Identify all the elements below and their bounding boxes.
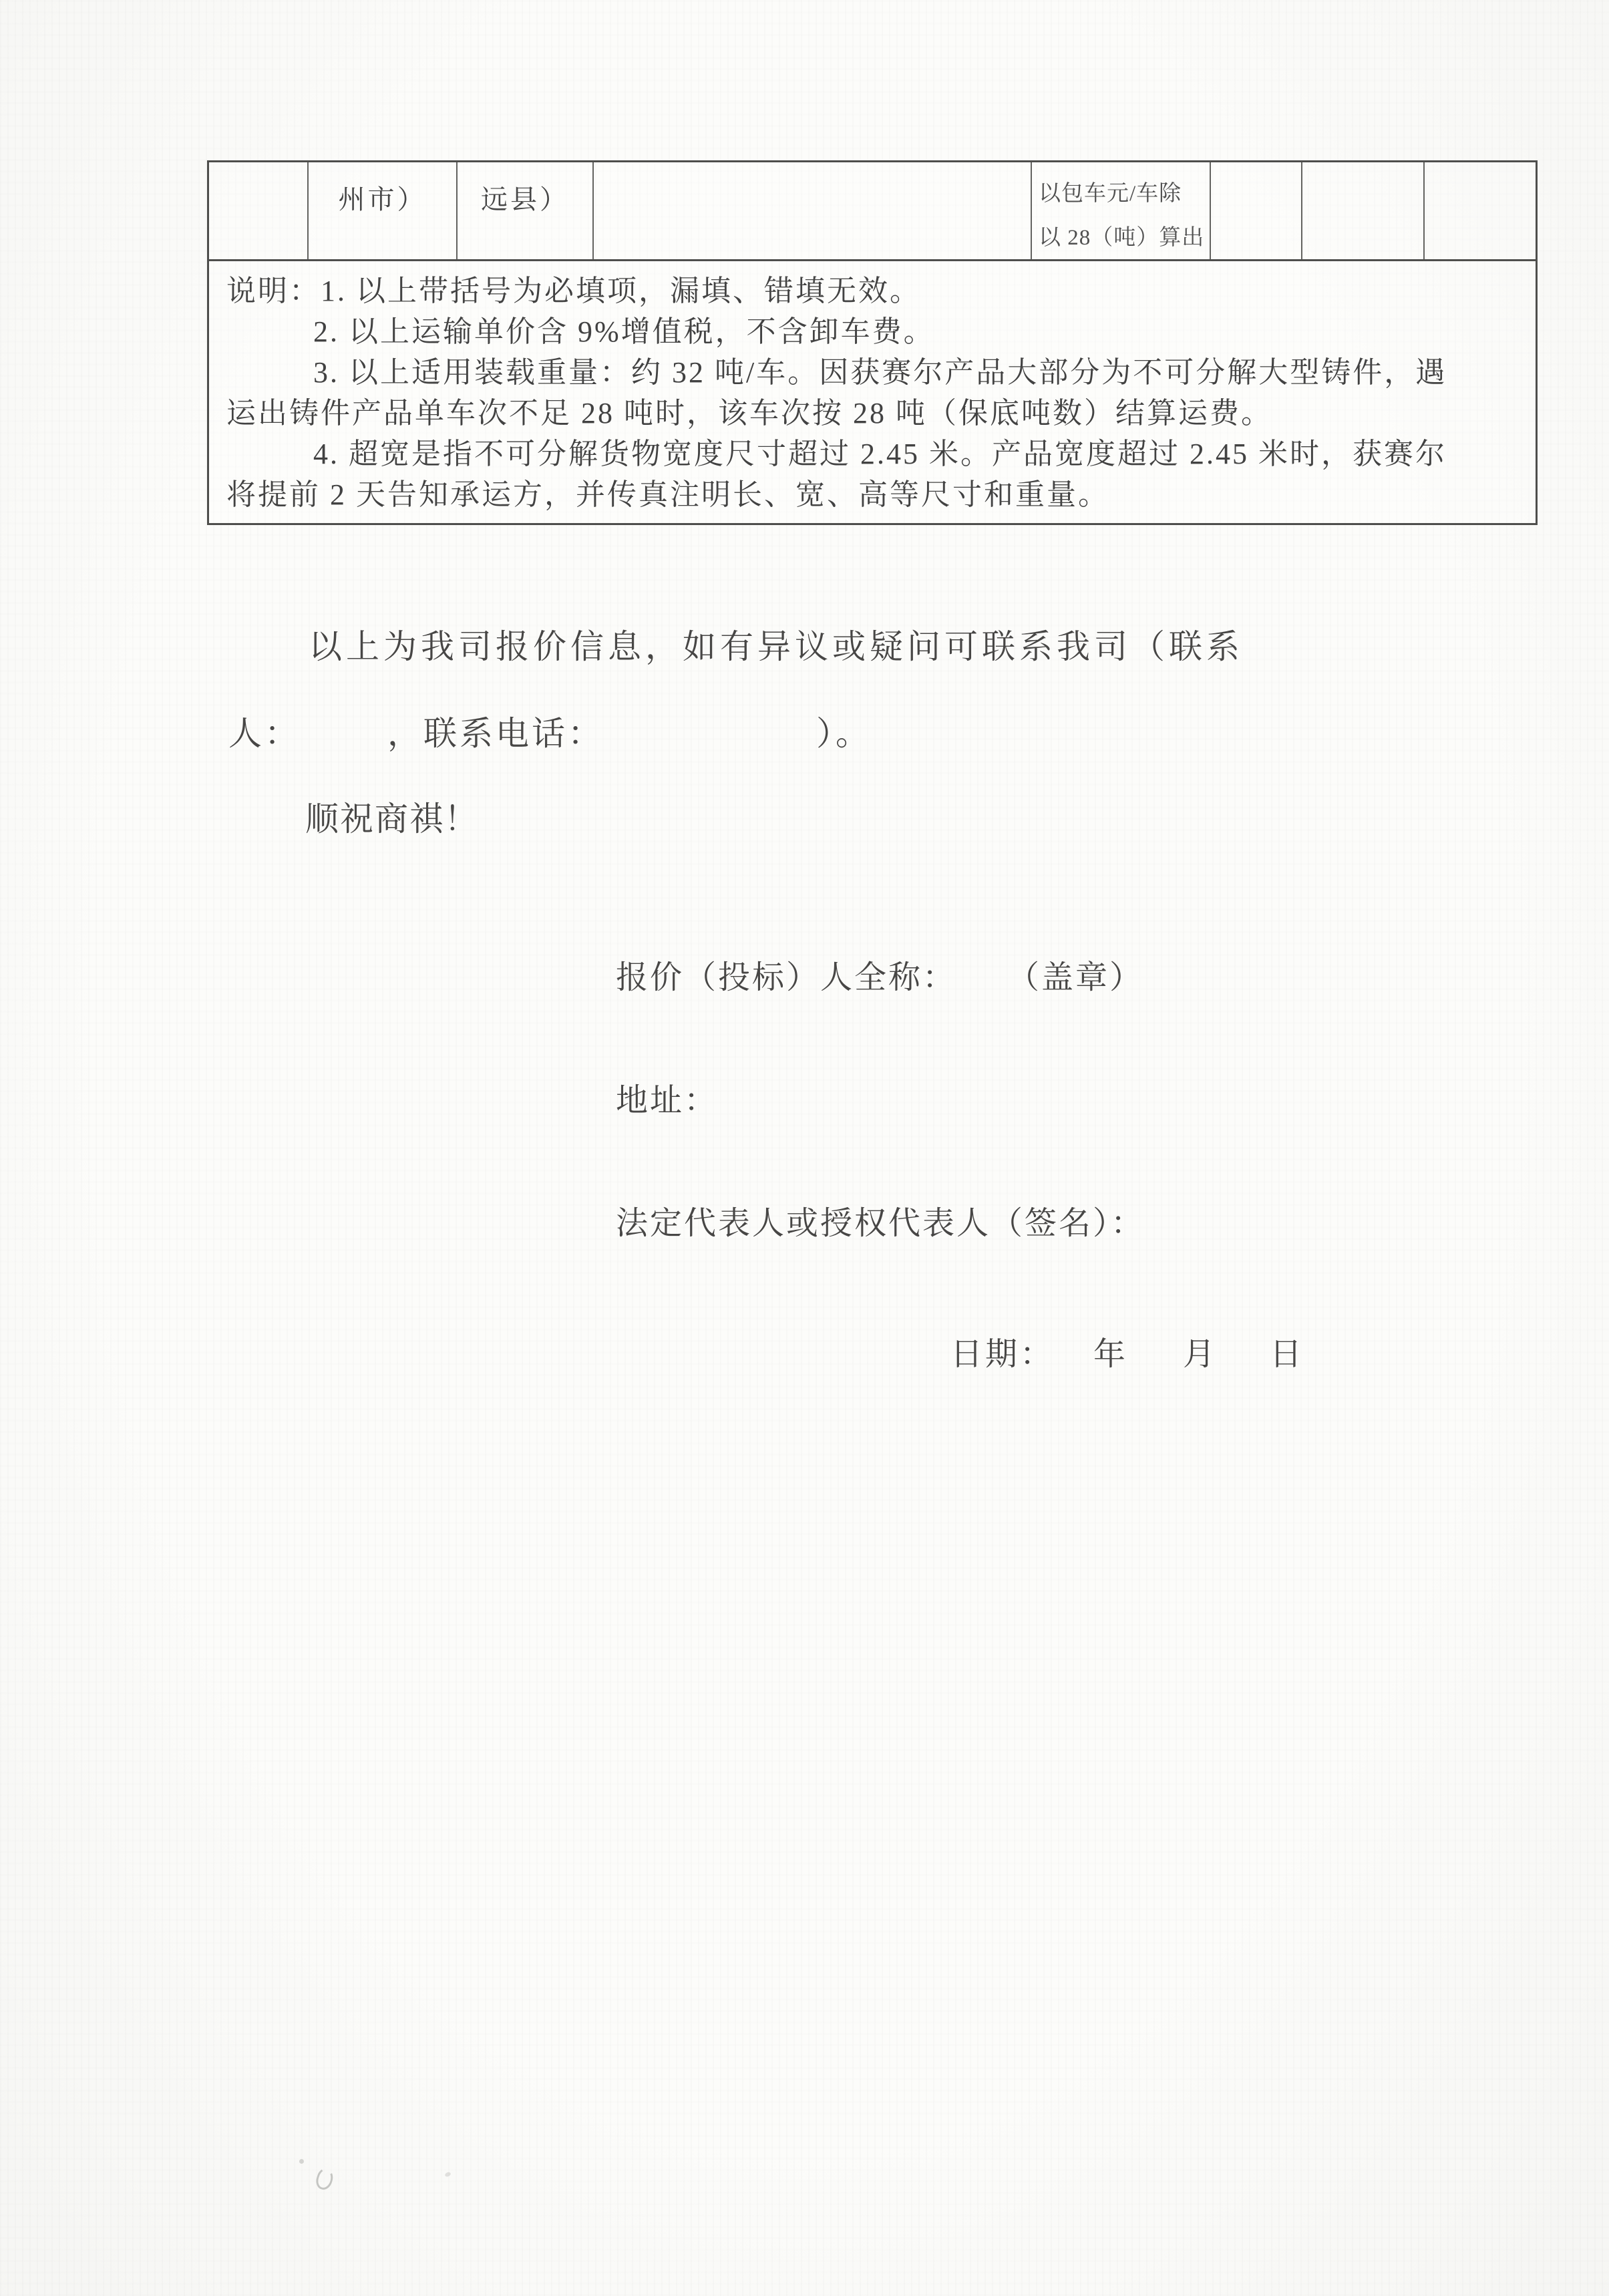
table-cell-empty-3 <box>1425 162 1536 259</box>
scan-speck <box>299 2159 304 2164</box>
scanned-quotation-page: 州市） 远县） 以包车元/车除 以 28（吨）算出 说明：1. 以上带括号为必填… <box>0 0 1609 2296</box>
table-cell-empty-1 <box>1211 162 1302 259</box>
note-line-3: 3. 以上适用装载重量：约 32 吨/车。因获赛尔产品大部分为不可分解大型铸件，… <box>226 352 1518 393</box>
rate-basis-line1: 以包车元/车除 <box>1039 172 1210 216</box>
date-year-label: 年 <box>1093 1337 1128 1372</box>
table-cell-city: 州市） <box>309 162 458 259</box>
rate-basis-line2: 以 28（吨）算出 <box>1039 216 1210 259</box>
date-line: 日期：年月日 <box>950 1328 1304 1374</box>
closing-paragraph-line1: 以上为我司报价信息，如有异议或疑问可联系我司（联系 <box>309 620 1244 668</box>
table-cell-rate-basis: 以包车元/车除 以 28（吨）算出 <box>1032 162 1211 259</box>
table-cell-empty-2 <box>1302 162 1425 259</box>
quotation-box: 州市） 远县） 以包车元/车除 以 28（吨）算出 说明：1. 以上带括号为必填… <box>207 160 1538 525</box>
note-line-2: 2. 以上运输单价含 9%增值税，不含卸车费。 <box>226 311 1518 352</box>
table-cell-county: 远县） <box>458 162 594 259</box>
bidder-name-label: 报价（投标）人全称： <box>616 960 956 995</box>
seal-note: （盖章） <box>1007 960 1143 995</box>
note-line-5: 4. 超宽是指不可分解货物宽度尺寸超过 2.45 米。产品宽度超过 2.45 米… <box>226 434 1518 474</box>
note-line-1: 说明：1. 以上带括号为必填项，漏填、错填无效。 <box>226 271 1518 311</box>
contact-person-label: 人： <box>228 715 301 752</box>
greeting-line: 顺祝商祺！ <box>305 792 479 840</box>
contact-close-paren: ）。 <box>816 715 872 752</box>
scan-speck <box>314 2166 336 2192</box>
address-line: 地址： <box>616 1074 718 1120</box>
notes-block: 说明：1. 以上带括号为必填项，漏填、错填无效。 2. 以上运输单价含 9%增值… <box>209 261 1536 523</box>
table-row: 州市） 远县） 以包车元/车除 以 28（吨）算出 <box>209 162 1536 261</box>
table-cell-route <box>594 162 1032 259</box>
scan-speck <box>444 2171 452 2177</box>
bidder-name-line: 报价（投标）人全称：（盖章） <box>616 951 1143 997</box>
date-label: 日期： <box>950 1337 1055 1372</box>
date-day-label: 日 <box>1270 1337 1304 1372</box>
table-cell-index <box>209 162 309 259</box>
note-line-6: 将提前 2 天告知承运方，并传真注明长、宽、高等尺寸和重量。 <box>226 474 1518 515</box>
note-line-4: 运出铸件产品单车次不足 28 吨时，该车次按 28 吨（保底吨数）结算运费。 <box>226 393 1518 434</box>
contact-phone-label: ，联系电话： <box>387 715 604 752</box>
date-month-label: 月 <box>1183 1337 1218 1372</box>
legal-rep-line: 法定代表人或授权代表人（签名）： <box>616 1197 1145 1243</box>
contact-line: 人：，联系电话：）。 <box>228 707 872 755</box>
